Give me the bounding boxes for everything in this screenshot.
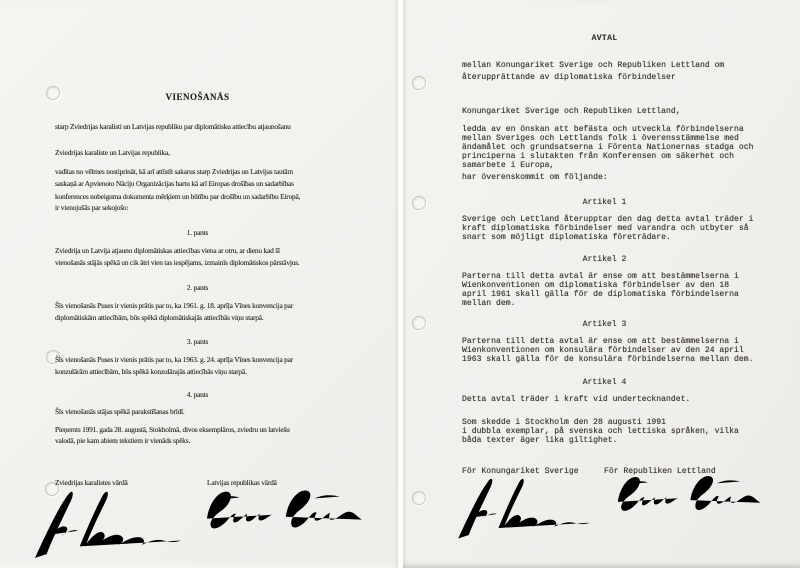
treaty-title-latvian: VIENOŠANĀS xyxy=(55,92,340,104)
scanned-treaty-document: VIENOŠANĀS starp Zviedrijas karalisti un… xyxy=(0,0,800,568)
closing-clause-latvian: Pieņemts 1991. gada 28. augustā, Stokhol… xyxy=(55,424,290,446)
article-2-heading-latvian: 2. pants xyxy=(55,282,340,294)
lead-in-latvian: ir vienojušās par sekojošo: xyxy=(55,202,128,214)
punch-hole xyxy=(412,491,426,505)
signature-sweden-representative xyxy=(28,486,186,560)
article-1-heading-swedish: Artikel 1 xyxy=(462,198,747,207)
article-2-heading-swedish: Artikel 2 xyxy=(462,255,747,264)
article-3-body-latvian: Šīs vienošanās Puses ir vienis prātis pa… xyxy=(55,354,293,378)
article-3-heading-latvian: 3. pants xyxy=(55,336,340,348)
article-1-heading-latvian: 1. pants xyxy=(55,227,340,239)
parties-line-swedish: Konungariket Sverige och Republiken Lett… xyxy=(462,107,681,116)
punch-hole xyxy=(412,196,426,210)
article-4-body-swedish: Detta avtal träder i kraft vid underteck… xyxy=(462,395,690,404)
article-4-body-latvian: Šīs vienošanās stājas spēkā parakstīšana… xyxy=(55,406,185,418)
article-1-body-latvian: Zviedrija un Latvija atjauno diplomātisk… xyxy=(55,245,300,269)
punch-hole xyxy=(412,316,426,330)
article-1-body-swedish: Sverige och Lettland återupptar den dag … xyxy=(462,215,753,242)
article-2-body-swedish: Parterna till detta avtal är ense om att… xyxy=(462,272,739,308)
punch-hole xyxy=(412,76,426,90)
article-3-heading-swedish: Artikel 3 xyxy=(462,320,747,329)
article-3-body-swedish: Parterna till detta avtal är ense om att… xyxy=(462,337,753,364)
lead-in-swedish: har överenskommit om följande: xyxy=(462,173,608,182)
signature-latvia-representative xyxy=(603,470,769,516)
treaty-subtitle-latvian: starp Zviedrijas karalisti un Latvijas r… xyxy=(55,121,291,133)
treaty-title-swedish: AVTAL xyxy=(462,34,747,43)
swedish-page: AVTAL mellan Konungariket Sverige och Re… xyxy=(403,0,800,568)
closing-clause-swedish: Som skedde i Stockholm den 28 augusti 19… xyxy=(462,418,739,445)
article-2-body-latvian: Šīs vienošanās Puses ir vienis prātis pa… xyxy=(55,300,293,324)
signature-latvia-representative xyxy=(198,484,364,534)
treaty-subtitle-swedish: mellan Konungariket Sverige och Republik… xyxy=(462,60,724,85)
article-4-heading-latvian: 4. pants xyxy=(55,389,340,401)
latvian-page: VIENOŠANĀS starp Zviedrijas karalisti un… xyxy=(0,0,398,568)
preamble-latvian: vadītas no vēlmes nostiprināt, kā arī at… xyxy=(55,166,300,203)
preamble-swedish: ledda av en önskan att befästa och utvec… xyxy=(462,125,753,170)
parties-line-latvian: Zviedrijas karaliste un Latvijas republi… xyxy=(55,147,170,159)
signature-sweden-representative xyxy=(453,473,593,541)
article-4-heading-swedish: Artikel 4 xyxy=(462,378,747,387)
